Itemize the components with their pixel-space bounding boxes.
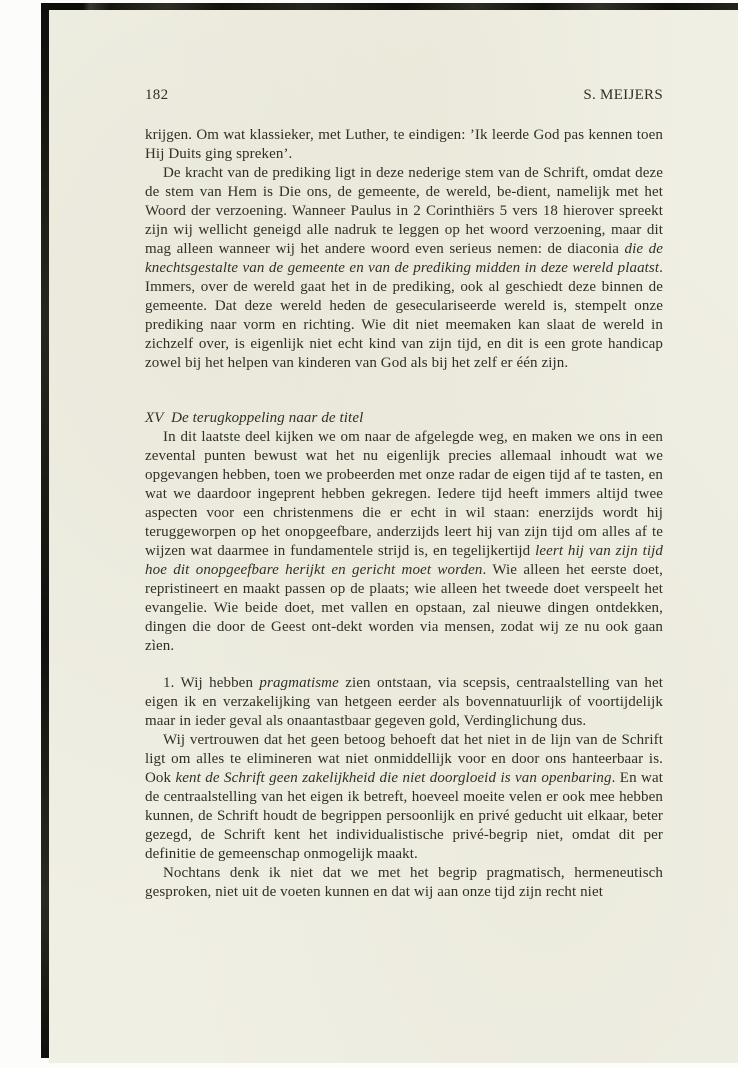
paragraph-nochtans: Nochtans denk ik niet dat we met het beg… [145,864,663,902]
scan-edge-top [41,3,738,10]
paragraph-schrift-zakelijkheid: Wij vertrouwen dat het geen betoog behoe… [145,731,663,864]
section-heading-xv: XV De terugkoppeling naar de titel [145,409,663,428]
paragraph-continuation: krijgen. Om wat klassieker, met Luther, … [145,126,663,164]
running-head-author: S. MEIJERS [583,86,663,105]
paragraph-pragmatisme: 1. Wij hebben pragmatisme zien ontstaan,… [145,674,663,731]
scanned-page: 182 S. MEIJERS krijgen. Om wat klassieke… [0,0,738,1068]
book-page: 182 S. MEIJERS krijgen. Om wat klassieke… [49,10,738,1063]
page-number: 182 [145,86,168,105]
page-body: krijgen. Om wat klassieker, met Luther, … [145,126,663,902]
scan-edge-left [41,3,49,1058]
page-header: 182 S. MEIJERS [145,86,663,105]
paragraph-kracht-van-de-prediking: De kracht van de prediking ligt in deze … [145,164,663,373]
paragraph-terugkoppeling: In dit laatste deel kijken we om naar de… [145,428,663,656]
